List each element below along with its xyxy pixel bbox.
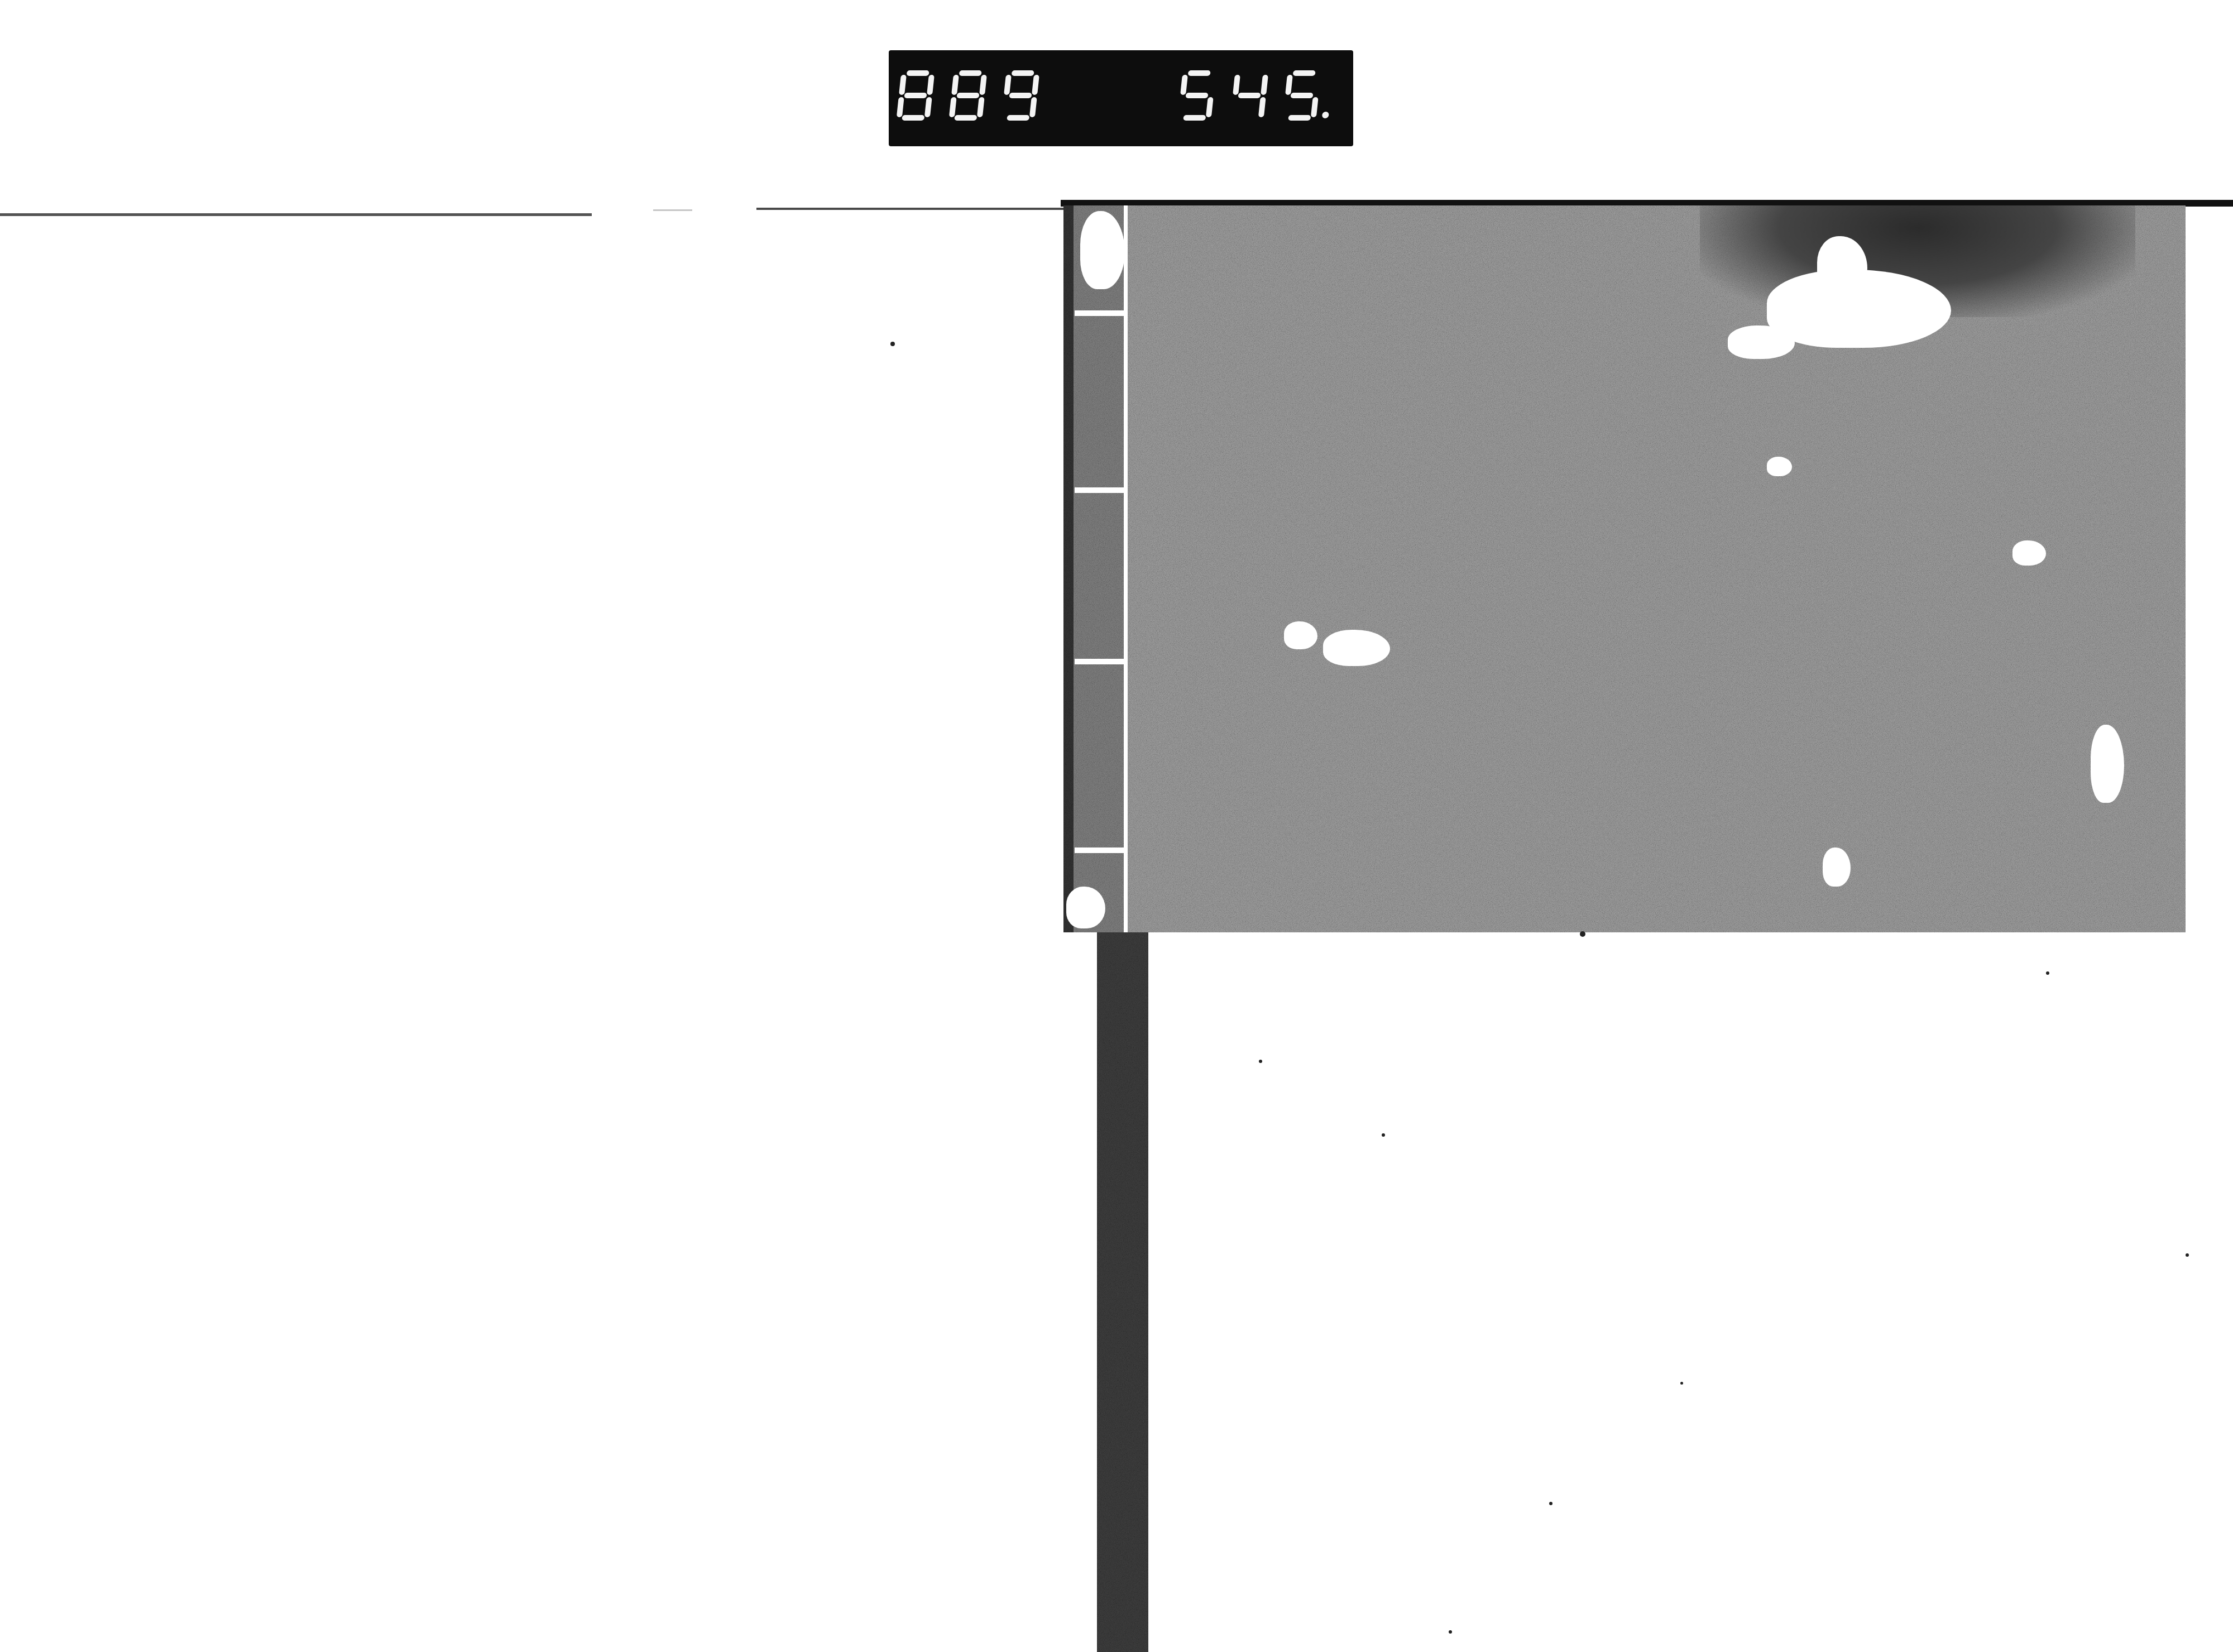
cover-damage (1728, 325, 1795, 359)
reel-number-left (899, 70, 1037, 121)
cover-damage (2091, 725, 2124, 803)
binding-stitch (1075, 487, 1130, 493)
binding-stitch (1075, 310, 1130, 316)
dust-speck (890, 342, 895, 346)
top-rule-line (0, 213, 592, 216)
dust-speck (2186, 1253, 2189, 1257)
dust-speck (1382, 1133, 1385, 1137)
cover-damage (1823, 847, 1851, 887)
dust-speck (1259, 1060, 1262, 1063)
seven-segment-digit (1282, 70, 1321, 121)
film-edge-strip (1097, 932, 1148, 1652)
dust-speck (2046, 971, 2049, 975)
reel-number-label (889, 50, 1353, 146)
top-rule-line-faint (653, 209, 692, 211)
dust-speck (1580, 931, 1585, 937)
seven-segment-digit (1177, 70, 1216, 121)
cover-damage (1817, 236, 1867, 298)
dust-speck (1549, 1502, 1552, 1505)
reel-number-right (1180, 70, 1319, 121)
cover-damage (1323, 630, 1390, 666)
top-rule-line-middle (756, 208, 1069, 210)
cover-damage (1767, 457, 1792, 476)
thread-bound-book (1063, 205, 2186, 932)
dust-speck (1449, 1630, 1452, 1634)
cover-damage (1066, 887, 1105, 928)
cover-damage (2012, 540, 2046, 566)
seven-segment-digit (948, 70, 987, 121)
binding-stitch (1075, 847, 1130, 853)
seven-segment-digit (896, 70, 935, 121)
cover-damage (1080, 211, 1125, 289)
seven-segment-digit (1001, 70, 1039, 121)
dust-speck (1680, 1382, 1683, 1385)
binding-stitch (1075, 659, 1130, 664)
seven-segment-digit (1230, 70, 1268, 121)
cover-damage (1284, 621, 1317, 649)
